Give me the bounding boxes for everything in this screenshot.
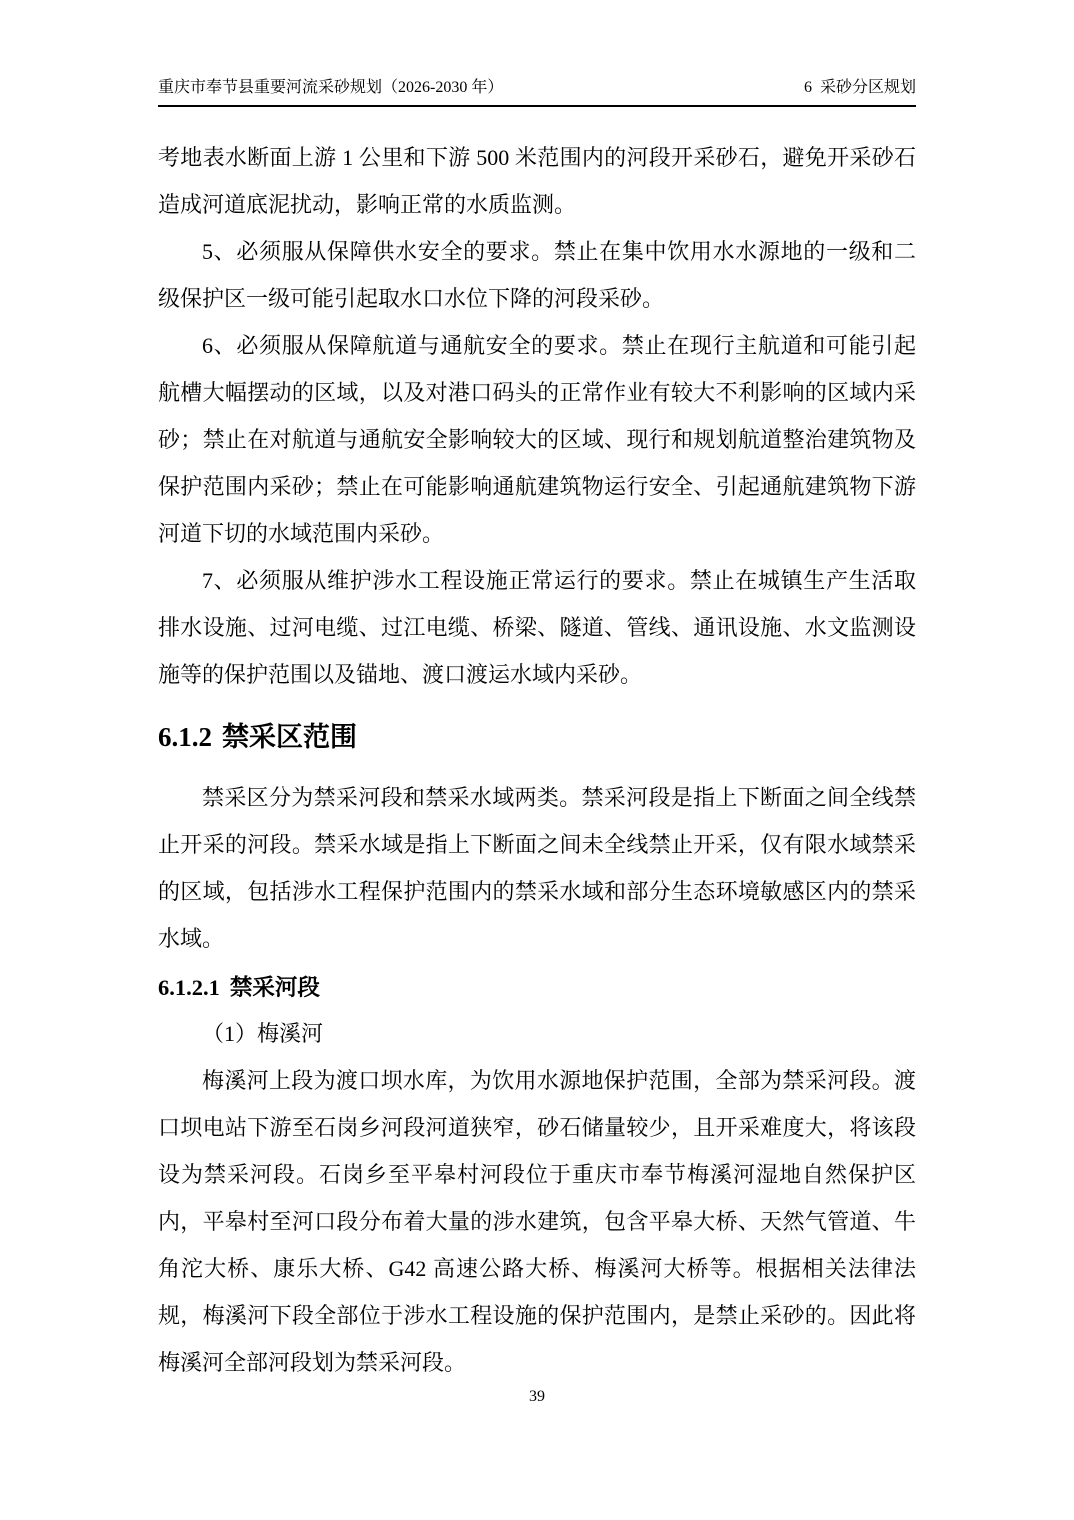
paragraph-item-5: 5、必须服从保障供水安全的要求。禁止在集中饮用水水源地的一级和二级保护区一级可能…: [158, 228, 916, 322]
paragraph-carryover: 考地表水断面上游 1 公里和下游 500 米范围内的河段开采砂石，避免开采砂石造…: [158, 134, 916, 228]
paragraph-item-7: 7、必须服从维护涉水工程设施正常运行的要求。禁止在城镇生产生活取排水设施、过河电…: [158, 557, 916, 698]
subsection-title: 禁采河段: [230, 975, 320, 1000]
section-heading-6-1-2: 6.1.2禁采区范围: [158, 710, 916, 764]
page-header: 重庆市奉节县重要河流采砂规划（2026-2030 年） 6 采砂分区规划: [158, 78, 916, 107]
document-page: 重庆市奉节县重要河流采砂规划（2026-2030 年） 6 采砂分区规划 考地表…: [0, 0, 1074, 1520]
page-number: 39: [0, 1387, 1074, 1407]
subsection-number: 6.1.2.1: [158, 975, 220, 1000]
subsection-heading-6-1-2-1: 6.1.2.1禁采河段: [158, 966, 916, 1010]
paragraph-item-6: 6、必须服从保障航道与通航安全的要求。禁止在现行主航道和可能引起航槽大幅摆动的区…: [158, 322, 916, 557]
paragraph-zone-intro: 禁采区分为禁采河段和禁采水域两类。禁采河段是指上下断面之间全线禁止开采的河段。禁…: [158, 774, 916, 962]
header-document-title: 重庆市奉节县重要河流采砂规划（2026-2030 年）: [158, 78, 503, 97]
page-body: 考地表水断面上游 1 公里和下游 500 米范围内的河段开采砂石，避免开采砂石造…: [158, 134, 916, 1386]
paragraph-meixi-detail: 梅溪河上段为渡口坝水库，为饮用水源地保护范围，全部为禁采河段。渡口坝电站下游至石…: [158, 1057, 916, 1386]
header-chapter-label: 6 采砂分区规划: [804, 78, 916, 97]
section-number: 6.1.2: [158, 722, 212, 752]
section-title: 禁采区范围: [222, 722, 357, 752]
paragraph-list-item-meixi: （1）梅溪河: [158, 1010, 916, 1057]
